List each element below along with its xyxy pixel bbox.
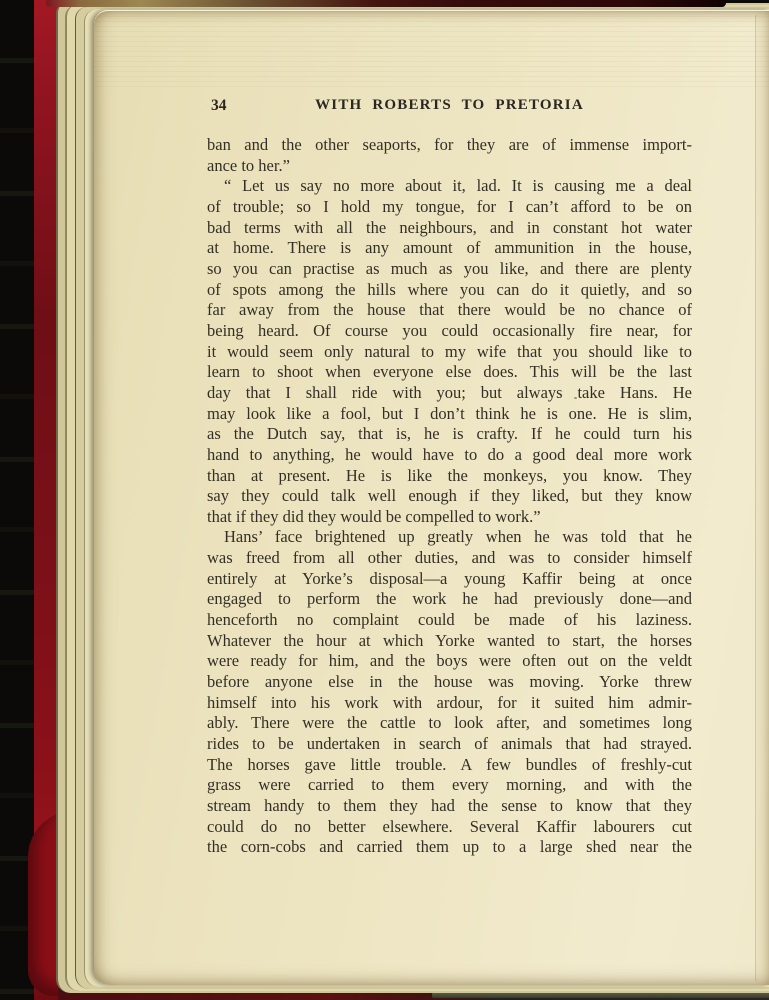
text-line: entirely at Yorke’s disposal—a young Kaf… (207, 569, 692, 590)
cover-top-edge (46, 0, 726, 7)
text-line: was freed from all other duties, and was… (207, 548, 692, 569)
text-line: Whatever the hour at which Yorke wanted … (207, 631, 692, 652)
book-page: 34 WITH ROBERTS TO PRETORIA ban and the … (94, 10, 769, 985)
text-line: of trouble; so I hold my tongue, for I c… (207, 197, 692, 218)
text-line: ban and the other seaports, for they are… (207, 135, 692, 156)
text-line: day that I shall ride with you; but alwa… (207, 383, 692, 404)
text-line: grass were carried to them every morning… (207, 775, 692, 796)
text-line: than at present. He is like the monkeys,… (207, 466, 692, 487)
text-line: could do no better elsewhere. Several Ka… (207, 817, 692, 838)
text-line: hand to anything, he would have to do a … (207, 445, 692, 466)
text-line: as the Dutch say, that is, he is crafty.… (207, 424, 692, 445)
text-column: ban and the other seaports, for they are… (207, 135, 692, 858)
text-line: stream handy to them they had the sense … (207, 796, 692, 817)
paragraph: “ Let us say no more about it, lad. It i… (207, 176, 692, 527)
text-line: bad terms with all the neighbours, and i… (207, 218, 692, 239)
paragraph: ban and the other seaports, for they are… (207, 135, 692, 176)
page-number: 34 (211, 97, 227, 115)
text-line: far away from the house that there would… (207, 300, 692, 321)
text-line: at home. There is any amount of ammuniti… (207, 238, 692, 259)
text-line: it would seem only natural to my wife th… (207, 342, 692, 363)
text-line: The horses gave little trouble. A few bu… (207, 755, 692, 776)
page-right-edge (756, 11, 769, 985)
running-title: WITH ROBERTS TO PRETORIA (207, 97, 692, 114)
paragraph: Hans’ face brightened up greatly when he… (207, 527, 692, 858)
text-line: were ready for him, and the boys were of… (207, 651, 692, 672)
text-line: rides to be undertaken in search of anim… (207, 734, 692, 755)
text-line: say they could talk well enough if they … (207, 486, 692, 507)
text-line: so you can practise as much as you like,… (207, 259, 692, 280)
text-line: that if they did they would be compelled… (207, 507, 692, 528)
page-header: 34 WITH ROBERTS TO PRETORIA (207, 97, 692, 117)
text-line: before anyone else in the house was movi… (207, 672, 692, 693)
text-line: himself into his work with ardour, for i… (207, 693, 692, 714)
paper-texture (94, 11, 769, 91)
text-line: the corn-cobs and carried them up to a l… (207, 837, 692, 858)
text-line: being heard. Of course you could occasio… (207, 321, 692, 342)
text-line: Hans’ face brightened up greatly when he… (207, 527, 692, 548)
text-line: may look like a fool, but I don’t think … (207, 404, 692, 425)
text-line: henceforth no complaint could be made of… (207, 610, 692, 631)
text-line: ance to her.” (207, 156, 692, 177)
text-line: “ Let us say no more about it, lad. It i… (207, 176, 692, 197)
text-line: of spots among the hills where you can d… (207, 280, 692, 301)
text-line: learn to shoot when everyone else does. … (207, 362, 692, 383)
text-line: ably. There were the cattle to look afte… (207, 713, 692, 734)
text-line: engaged to perform the work he had previ… (207, 589, 692, 610)
